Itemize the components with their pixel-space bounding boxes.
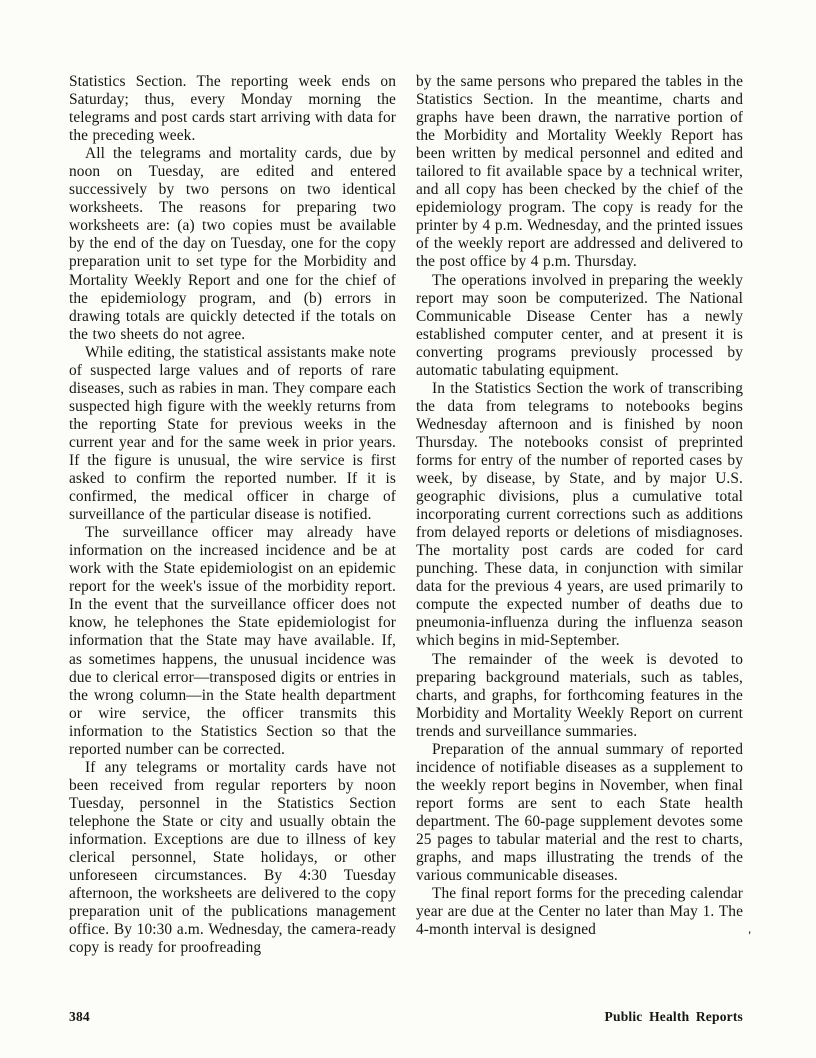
journal-title: Public Health Reports [605,1009,743,1025]
paragraph: All the telegrams and mortality cards, d… [69,145,396,344]
paragraph: If any telegrams or mortality cards have… [69,759,396,958]
paragraph: While editing, the statistical assistant… [69,344,396,524]
paragraph: The operations involved in preparing the… [416,272,743,380]
page-number: 384 [69,1009,90,1025]
paragraph: The final report forms for the preceding… [416,885,743,939]
paragraph: Statistics Section. The reporting week e… [69,73,396,145]
left-column: Statistics Section. The reporting week e… [69,73,396,957]
paragraph: The surveillance officer may already hav… [69,524,396,759]
paragraph: The remainder of the week is devoted to … [416,651,743,741]
page-footer: 384 Public Health Reports [69,1009,743,1025]
right-column: by the same persons who prepared the tab… [416,73,743,957]
paragraph: by the same persons who prepared the tab… [416,73,743,272]
paragraph: In the Statistics Section the work of tr… [416,380,743,651]
journal-page: Statistics Section. The reporting week e… [0,0,816,1058]
print-artifact-mark: ' [748,928,751,943]
article-body: Statistics Section. The reporting week e… [69,73,743,957]
paragraph: Preparation of the annual summary of rep… [416,741,743,885]
